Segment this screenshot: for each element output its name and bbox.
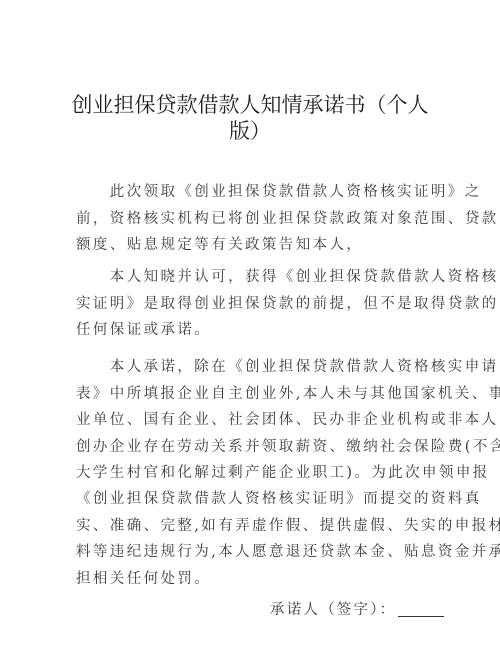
signature-line[interactable]	[398, 616, 444, 617]
title-line-2: 版）	[0, 118, 500, 144]
paragraph-line: 业单位、国有企业、社会团体、民办非企业机构或非本人	[76, 411, 416, 429]
paragraph-line: 额度、贴息规定等有关政策告知本人，	[76, 236, 416, 254]
paragraph-line: 实、准确、完整,如有弄虚作假、提供虚假、失实的申报材	[76, 517, 416, 535]
title-line-1: 创业担保贷款借款人知情承诺书（个人	[0, 92, 500, 118]
paragraph-line: 表》中所填报企业自主创业外,本人未与其他国家机关、事	[76, 385, 416, 403]
paragraph-line: 大学生村官和化解过剩产能企业职工)。为此次申领申报	[76, 464, 416, 482]
paragraph-line: 本人承诺，除在《创业担保贷款借款人资格核实申请	[76, 358, 416, 376]
paragraph-line: 担相关任何处罚。	[76, 570, 416, 588]
paragraph-line: 任何保证或承诺。	[76, 321, 416, 339]
paragraph-line: 前，资格核实机构已将创业担保贷款政策对象范围、贷款	[76, 210, 416, 228]
document-title: 创业担保贷款借款人知情承诺书（个人 版）	[0, 92, 500, 144]
paragraph-line: 料等违纪违规行为,本人愿意退还贷款本金、贴息资金并承	[76, 543, 416, 561]
paragraph-line: 《创业担保贷款借款人资格核实证明》而提交的资料真	[76, 490, 416, 508]
paragraph-line: 创办企业存在劳动关系并领取薪资、缴纳社会保险费(不含	[76, 438, 416, 456]
paragraph-line: 此次领取《创业担保贷款借款人资格核实证明》之	[76, 183, 416, 201]
paragraph-line: 本人知晓并认可，获得《创业担保贷款借款人资格核	[76, 268, 416, 286]
paragraph-line: 实证明》是取得创业担保贷款的前提，但不是取得贷款的	[76, 295, 416, 313]
signature-block: 承诺人（签字）：	[270, 601, 444, 619]
signature-label: 承诺人（签字）：	[270, 602, 396, 618]
